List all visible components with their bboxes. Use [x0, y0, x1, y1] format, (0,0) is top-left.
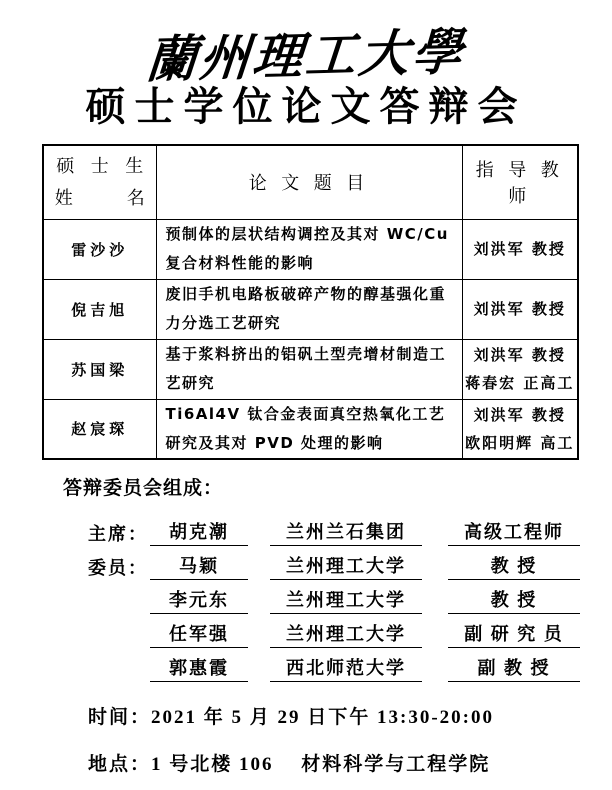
- committee-role-label: 委员：: [88, 554, 148, 580]
- thesis-title: 基于浆料挤出的铝矾土型壳增材制造工艺研究: [156, 339, 462, 399]
- student-header-line1: 硕 士 生: [50, 150, 156, 182]
- student-name: 雷沙沙: [43, 219, 156, 279]
- committee-row-member: 委员： 马颖 兰州理工大学 教 授: [88, 546, 612, 580]
- column-header-thesis-title: 论 文 题 目: [156, 145, 462, 219]
- advisor-cell: 刘洪军 教授 欧阳明辉 高工: [462, 399, 578, 459]
- table-row: 倪吉旭 废旧手机电路板破碎产物的醇基强化重力分选工艺研究 刘洪军 教授: [43, 279, 578, 339]
- advisor-cell: 刘洪军 教授 蒋春宏 正高工: [462, 339, 578, 399]
- committee-member-name: 任军强: [150, 620, 248, 648]
- column-header-advisor: 指 导 教 师: [462, 145, 578, 219]
- column-header-student-name: 硕 士 生 姓 名: [43, 145, 156, 219]
- committee-row-chair: 主席： 胡克潮 兰州兰石集团 高级工程师: [88, 512, 612, 546]
- committee-member-title: 副 研 究 员: [448, 620, 580, 648]
- advisor-line: 刘洪军 教授: [463, 401, 578, 429]
- defense-announcement-page: 蘭州理工大學 硕士学位论文答辩会 硕 士 生 姓 名 论 文 题 目 指 导 教…: [0, 0, 612, 790]
- committee-member-title: 教 授: [448, 552, 580, 580]
- defense-location: 地点：1 号北楼 106 材料科学与工程学院: [88, 749, 612, 776]
- committee-row-member: 郭惠霞 西北师范大学 副 教 授: [88, 648, 612, 682]
- committee-list: 主席： 胡克潮 兰州兰石集团 高级工程师 委员： 马颖 兰州理工大学 教 授 李…: [0, 512, 612, 682]
- thesis-title: 废旧手机电路板破碎产物的醇基强化重力分选工艺研究: [156, 279, 462, 339]
- table-row: 雷沙沙 预制体的层状结构调控及其对 WC/Cu 复合材料性能的影响 刘洪军 教授: [43, 219, 578, 279]
- table-row: 赵宸琛 Ti6Al4V 钛合金表面真空热氧化工艺研究及其对 PVD 处理的影响 …: [43, 399, 578, 459]
- advisor-line: 刘洪军 教授: [463, 235, 578, 263]
- advisor-line: 刘洪军 教授: [463, 295, 578, 323]
- student-name: 倪吉旭: [43, 279, 156, 339]
- committee-member-title: 高级工程师: [448, 518, 580, 546]
- advisor-line: 蒋春宏 正高工: [463, 369, 578, 397]
- defense-time: 时间：2021 年 5 月 29 日下午 13:30-20:00: [88, 702, 612, 729]
- committee-row-member: 李元东 兰州理工大学 教 授: [88, 580, 612, 614]
- committee-member-org: 西北师范大学: [270, 654, 422, 682]
- student-name: 苏国梁: [43, 339, 156, 399]
- university-logo-wrap: 蘭州理工大學: [0, 0, 612, 74]
- thesis-title: 预制体的层状结构调控及其对 WC/Cu 复合材料性能的影响: [156, 219, 462, 279]
- committee-member-name: 郭惠霞: [150, 654, 248, 682]
- student-header-line2: 姓 名: [50, 182, 156, 214]
- committee-member-org: 兰州理工大学: [270, 620, 422, 648]
- defense-table: 硕 士 生 姓 名 论 文 题 目 指 导 教 师 雷沙沙 预制体的层状结构调控…: [42, 144, 579, 460]
- committee-member-org: 兰州兰石集团: [270, 518, 422, 546]
- committee-row-member: 任军强 兰州理工大学 副 研 究 员: [88, 614, 612, 648]
- advisor-line: 刘洪军 教授: [463, 341, 578, 369]
- table-row: 苏国梁 基于浆料挤出的铝矾土型壳增材制造工艺研究 刘洪军 教授 蒋春宏 正高工: [43, 339, 578, 399]
- committee-section-heading: 答辩委员会组成：: [63, 473, 612, 500]
- table-header-row: 硕 士 生 姓 名 论 文 题 目 指 导 教 师: [43, 145, 578, 219]
- thesis-title: Ti6Al4V 钛合金表面真空热氧化工艺研究及其对 PVD 处理的影响: [156, 399, 462, 459]
- student-name: 赵宸琛: [43, 399, 156, 459]
- committee-member-name: 马颖: [150, 552, 248, 580]
- committee-member-name: 李元东: [150, 586, 248, 614]
- committee-member-title: 副 教 授: [448, 654, 580, 682]
- advisor-cell: 刘洪军 教授: [462, 219, 578, 279]
- committee-member-org: 兰州理工大学: [270, 552, 422, 580]
- advisor-cell: 刘洪军 教授: [462, 279, 578, 339]
- advisor-line: 欧阳明辉 高工: [463, 429, 578, 457]
- university-calligraphy-logo: 蘭州理工大學: [144, 12, 468, 92]
- committee-member-title: 教 授: [448, 586, 580, 614]
- committee-member-org: 兰州理工大学: [270, 586, 422, 614]
- committee-role-label: 主席：: [88, 520, 148, 546]
- committee-member-name: 胡克潮: [150, 518, 248, 546]
